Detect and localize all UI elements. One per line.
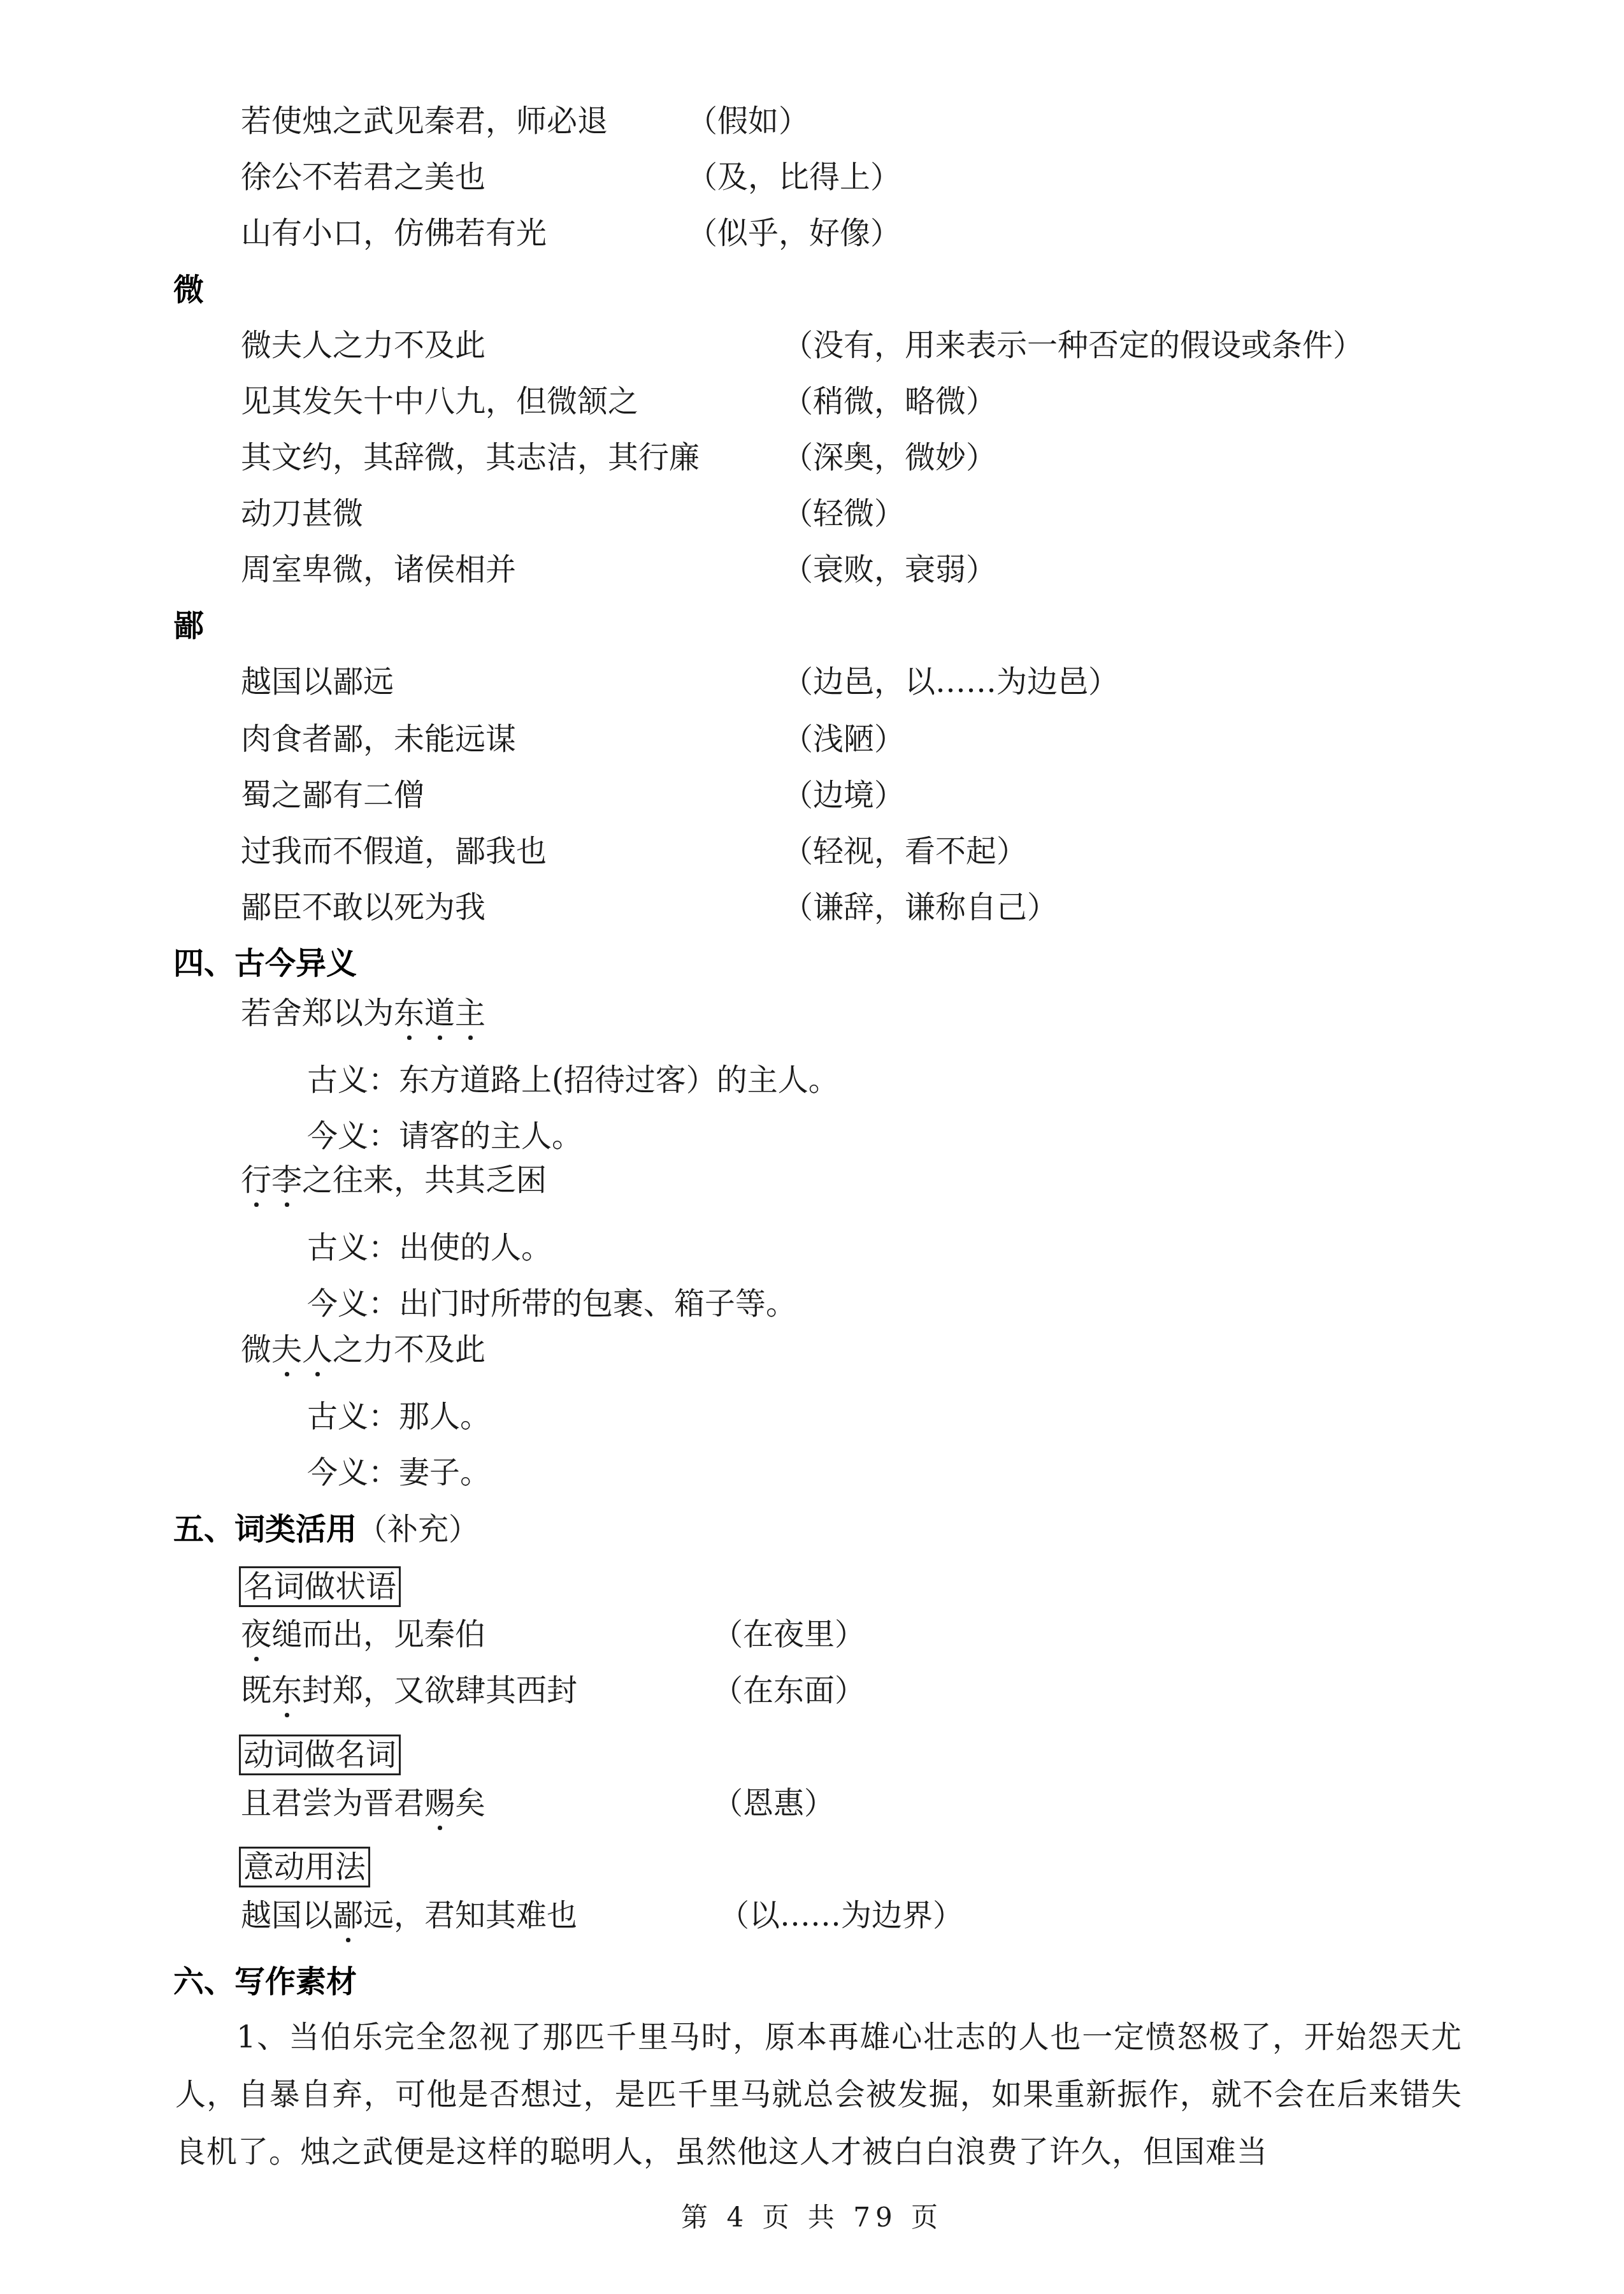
example-sentence: 山有小口，仿佛若有光 (241, 214, 547, 252)
example-sentence: 越国以鄙远 (241, 663, 394, 701)
sentence-part: 之往来，共其乏困 (302, 1162, 547, 1198)
ancient-meaning: 古义：那人。 (307, 1397, 491, 1436)
example-sentence: 肉食者鄙，未能远谋 (241, 720, 516, 758)
sentence-part: 远，君知其难也 (363, 1898, 577, 1933)
sentence-part: 封郑，又欲肆其西封 (302, 1673, 577, 1708)
emphasized-char: 夜 (241, 1617, 271, 1652)
example-sentence: 过我而不假道，鄙我也 (241, 832, 547, 870)
example-sentence: 其文约，其辞微，其志洁，其行廉 (241, 438, 700, 477)
example-gloss: （深奥，微妙） (782, 438, 996, 477)
section-heading-row: 五、词类活用（补充） (173, 1510, 479, 1548)
emphasized-char: 李 (271, 1162, 302, 1198)
example-sentence: 若使烛之武见秦君，师必退 (241, 102, 608, 140)
modern-meaning: 今义：妻子。 (307, 1454, 491, 1492)
example-gloss: （恩惠） (712, 1784, 835, 1822)
emphasized-char: 道 (424, 995, 455, 1031)
sentence-part: 微 (241, 1332, 271, 1367)
example-sentence: 动刀甚微 (241, 494, 363, 533)
example-sentence: 见其发矢十中八九，但微颔之 (241, 382, 638, 421)
example-sentence: 微夫人之力不及此 (241, 326, 485, 364)
emphasized-char: 人 (302, 1332, 333, 1367)
sentence-with-emphasis: 既东封郑，又欲肆其西封 (241, 1671, 577, 1710)
example-gloss: （及，比得上） (687, 158, 901, 196)
word-heading-bi: 鄙 (173, 607, 204, 645)
modern-meaning: 今义：请客的主人。 (307, 1117, 582, 1155)
ancient-meaning: 古义：出使的人。 (307, 1229, 552, 1267)
sentence-part: 若舍郑以为 (241, 995, 394, 1031)
example-gloss: （以……为边界） (719, 1896, 963, 1935)
example-gloss: （稍微，略微） (782, 382, 996, 421)
category-label-box: 名词做状语 (239, 1566, 401, 1607)
emphasized-char: 主 (455, 995, 485, 1031)
word-heading-wei: 微 (173, 271, 204, 309)
example-gloss: （衰败，衰弱） (782, 551, 996, 589)
section-heading: 四、古今异义 (173, 944, 357, 983)
sentence-with-emphasis: 夜缒而出，见秦伯 (241, 1615, 485, 1654)
emphasized-char: 赐 (424, 1785, 455, 1821)
sentence-part: 之力不及此 (333, 1332, 485, 1367)
example-sentence: 蜀之鄙有二僧 (241, 776, 424, 814)
example-sentence: 徐公不若君之美也 (241, 158, 485, 196)
sentence-with-emphasis: 微夫人之力不及此 (241, 1331, 485, 1369)
sentence-part: 越国以 (241, 1898, 333, 1933)
modern-meaning: 今义：出门时所带的包裹、箱子等。 (307, 1285, 796, 1323)
emphasized-char: 鄙 (333, 1898, 363, 1933)
sentence-part: 既 (241, 1673, 271, 1708)
category-label-box: 动词做名词 (239, 1735, 401, 1775)
example-gloss: （边邑，以……为边邑） (782, 663, 1119, 701)
emphasized-char: 夫 (271, 1332, 302, 1367)
ancient-meaning: 古义：东方道路上(招待过客）的主人。 (307, 1061, 839, 1099)
sentence-with-emphasis: 越国以鄙远，君知其难也 (241, 1896, 577, 1935)
example-gloss: （假如） (687, 102, 809, 140)
example-gloss: （轻视，看不起） (782, 832, 1027, 870)
section-heading-note: （补充） (357, 1511, 479, 1547)
category-label-box: 意动用法 (239, 1847, 370, 1887)
sentence-part: 矣 (455, 1785, 485, 1821)
sentence-part: 缒而出，见秦伯 (271, 1617, 485, 1652)
section-heading: 六、写作素材 (173, 1963, 357, 2001)
emphasized-char: 东 (271, 1673, 302, 1708)
example-gloss: （边境） (782, 776, 905, 814)
page-number-footer: 第 4 页 共 79 页 (0, 2202, 1624, 2233)
example-gloss: （没有，用来表示一种否定的假设或条件） (782, 326, 1363, 364)
example-sentence: 鄙臣不敢以死为我 (241, 888, 485, 927)
example-gloss: （轻微） (782, 494, 905, 533)
sentence-part: 且君尝为晋君 (241, 1785, 424, 1821)
sentence-with-emphasis: 若舍郑以为东道主 (241, 994, 485, 1032)
example-gloss: （似乎，好像） (687, 214, 901, 252)
example-gloss: （浅陋） (782, 720, 905, 758)
example-gloss: （在东面） (712, 1671, 865, 1710)
sentence-with-emphasis: 行李之往来，共其乏困 (241, 1161, 547, 1199)
sentence-with-emphasis: 且君尝为晋君赐矣 (241, 1784, 485, 1822)
emphasized-char: 行 (241, 1162, 271, 1198)
example-gloss: （谦辞，谦称自己） (782, 888, 1058, 927)
emphasized-char: 东 (394, 995, 424, 1031)
section-heading: 五、词类活用 (173, 1511, 357, 1547)
writing-material-paragraph: 1、当伯乐完全忽视了那匹千里马时，原本再雄心壮志的人也一定愤怒极了，开始怨天尤人… (175, 2009, 1462, 2181)
example-gloss: （在夜里） (712, 1615, 865, 1654)
example-sentence: 周室卑微，诸侯相并 (241, 551, 516, 589)
